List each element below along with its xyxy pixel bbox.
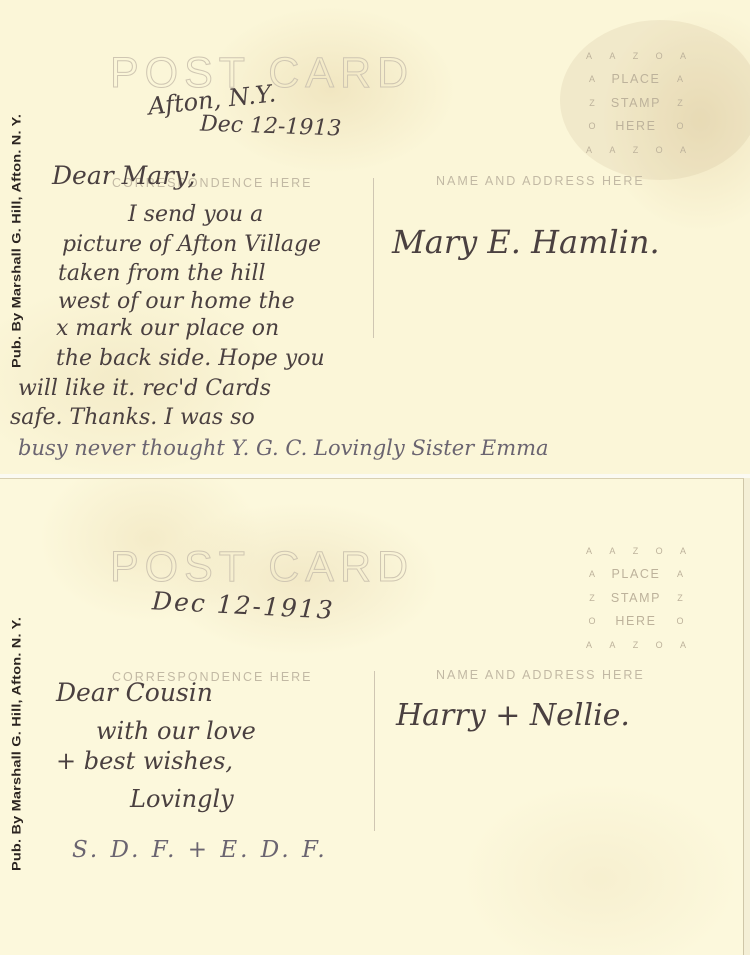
postcard-title: POST CARD — [110, 546, 414, 589]
ornament-icon: A — [680, 640, 686, 650]
ornament-icon: A — [586, 546, 592, 556]
stamp-row-here: O HERE O — [586, 610, 686, 634]
ornament-icon: Z — [586, 593, 598, 603]
postcard-top: Pub. By Marshall G. Hill, Afton. N. Y. P… — [0, 0, 750, 475]
ornament-icon: A — [609, 51, 615, 61]
message-line: with our love — [96, 719, 256, 743]
center-divider — [374, 671, 375, 831]
message-line: Lovingly — [130, 787, 234, 811]
handwritten-date: Dec 12-1913 — [200, 114, 342, 141]
message-line: taken from the hill — [58, 263, 266, 285]
ornament-icon: O — [674, 121, 686, 131]
message-line: west of our home the — [58, 291, 295, 313]
handwritten-salutation: Dear Mary; — [52, 163, 197, 188]
message-line: + best wishes, — [56, 749, 233, 773]
message-line: I send you a — [128, 204, 263, 226]
ornament-icon: Z — [633, 546, 639, 556]
ornament-icon: O — [656, 640, 663, 650]
ornament-icon: A — [680, 145, 686, 155]
ornament-icon: A — [609, 640, 615, 650]
handwritten-salutation: Dear Cousin — [56, 680, 213, 705]
ornament-icon: A — [680, 546, 686, 556]
stamp-border-top: A A Z O A — [586, 539, 686, 563]
ornament-icon: A — [609, 546, 615, 556]
ornament-icon: O — [586, 121, 598, 131]
stamp-border-bottom: A A Z O A — [586, 138, 686, 162]
handwritten-addressee: Mary E. Hamlin. — [392, 226, 660, 258]
ornament-icon: A — [680, 51, 686, 61]
stamp-text-here: HERE — [615, 614, 656, 628]
stamp-row-stamp: Z STAMP Z — [586, 91, 686, 115]
message-line: x mark our place on — [56, 318, 279, 340]
address-label: NAME AND ADDRESS HERE — [436, 668, 645, 682]
ornament-icon: Z — [633, 145, 639, 155]
ornament-icon: A — [609, 145, 615, 155]
ornament-icon: A — [674, 569, 686, 579]
center-divider — [373, 178, 374, 338]
stamp-text-stamp: STAMP — [611, 96, 661, 110]
stamp-placeholder-box: A A Z O A A PLACE A Z STAMP Z O HERE O A… — [586, 539, 686, 657]
stamp-placeholder-box: A A Z O A A PLACE A Z STAMP Z O HERE O A… — [586, 44, 686, 162]
ornament-icon: A — [586, 74, 598, 84]
ornament-icon: A — [674, 74, 686, 84]
stamp-text-place: PLACE — [612, 72, 661, 86]
handwritten-date: Dec 12-1913 — [151, 588, 335, 623]
ornament-icon: Z — [633, 51, 639, 61]
ornament-icon: Z — [674, 593, 686, 603]
ornament-icon: Z — [586, 98, 598, 108]
ornament-icon: A — [586, 51, 592, 61]
stamp-text-here: HERE — [615, 119, 656, 133]
message-line-signature: busy never thought Y. G. C. Lovingly Sis… — [18, 438, 549, 459]
message-line: picture of Afton Village — [62, 234, 321, 256]
ornament-icon: O — [586, 616, 598, 626]
message-line: safe. Thanks. I was so — [10, 407, 255, 429]
ornament-icon: O — [656, 546, 663, 556]
ornament-icon: A — [586, 569, 598, 579]
stamp-row-stamp: Z STAMP Z — [586, 586, 686, 610]
ornament-icon: A — [586, 640, 592, 650]
stamp-border-bottom: A A Z O A — [586, 633, 686, 657]
address-label: NAME AND ADDRESS HERE — [436, 174, 645, 188]
stamp-row-place: A PLACE A — [586, 68, 686, 92]
ornament-icon: Z — [674, 98, 686, 108]
stamp-border-top: A A Z O A — [586, 44, 686, 68]
stamp-text-stamp: STAMP — [611, 591, 661, 605]
message-line: the back side. Hope you — [56, 348, 325, 370]
ornament-icon: A — [586, 145, 592, 155]
ornament-icon: O — [674, 616, 686, 626]
postcard-bottom: Pub. By Marshall G. Hill, Afton. N. Y. P… — [0, 478, 744, 955]
handwritten-signature: S. D. F. + E. D. F. — [72, 839, 328, 862]
publisher-imprint: Pub. By Marshall G. Hill, Afton. N. Y. — [11, 571, 34, 871]
stamp-text-place: PLACE — [612, 567, 661, 581]
message-line: will like it. rec'd Cards — [18, 378, 271, 400]
ornament-icon: Z — [633, 640, 639, 650]
ornament-icon: O — [656, 145, 663, 155]
ornament-icon: O — [656, 51, 663, 61]
stamp-row-here: O HERE O — [586, 115, 686, 139]
stamp-row-place: A PLACE A — [586, 563, 686, 587]
publisher-imprint: Pub. By Marshall G. Hill, Afton. N. Y. — [11, 58, 34, 368]
handwritten-addressee: Harry + Nellie. — [396, 701, 630, 731]
